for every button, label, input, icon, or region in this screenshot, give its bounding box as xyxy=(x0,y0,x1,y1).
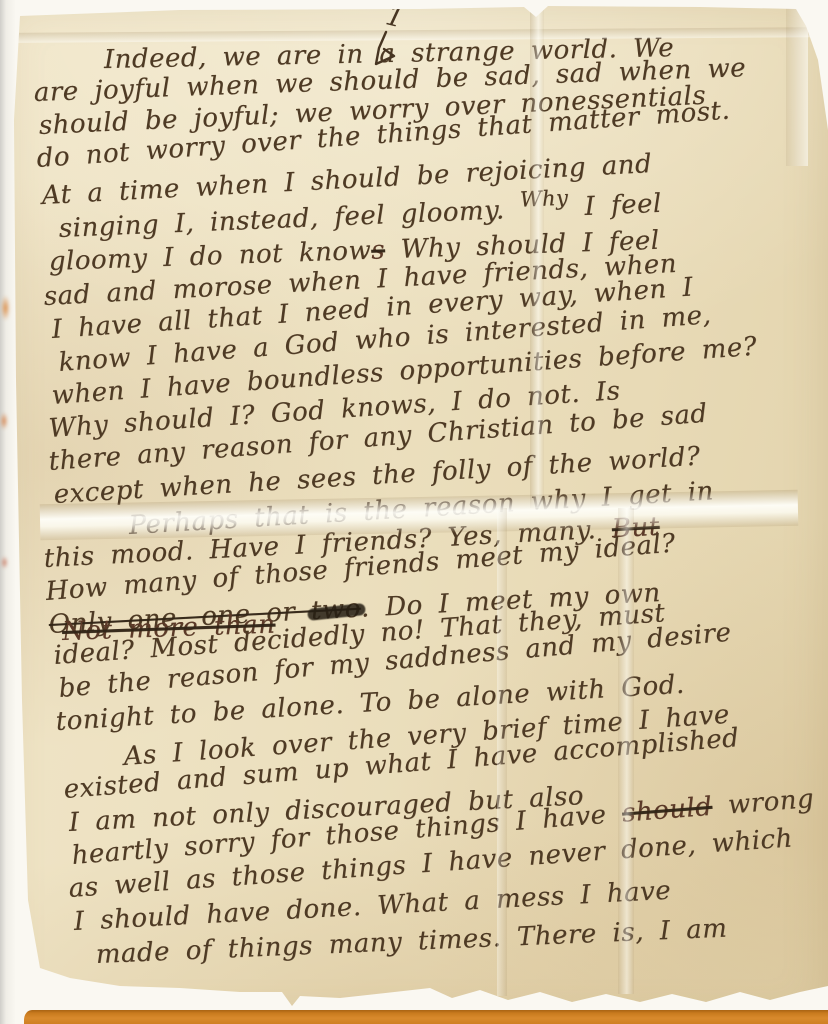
scanner-bed-strip xyxy=(24,1010,828,1024)
letter-paper: 1 Indeed, we are in a strange world. Wea… xyxy=(0,0,828,1024)
scanned-letter-page: 1 Indeed, we are in a strange world. Wea… xyxy=(0,0,828,1024)
handwriting-text: Why xyxy=(519,186,568,212)
letter-body: Indeed, we are in a strange world. Weare… xyxy=(34,44,828,972)
page-number: 1 xyxy=(372,8,403,72)
red-smudge xyxy=(1,556,8,569)
handwriting-text: wrong xyxy=(711,784,815,822)
handwriting-text: I feel xyxy=(568,189,662,223)
orange-smudge xyxy=(0,412,8,430)
crossed-out-text: s xyxy=(371,235,386,265)
page-number-text: 1 xyxy=(384,6,406,30)
orange-smudge xyxy=(1,295,10,321)
page-number-flourish-icon xyxy=(372,30,402,72)
crossed-out-text: should xyxy=(621,792,713,829)
